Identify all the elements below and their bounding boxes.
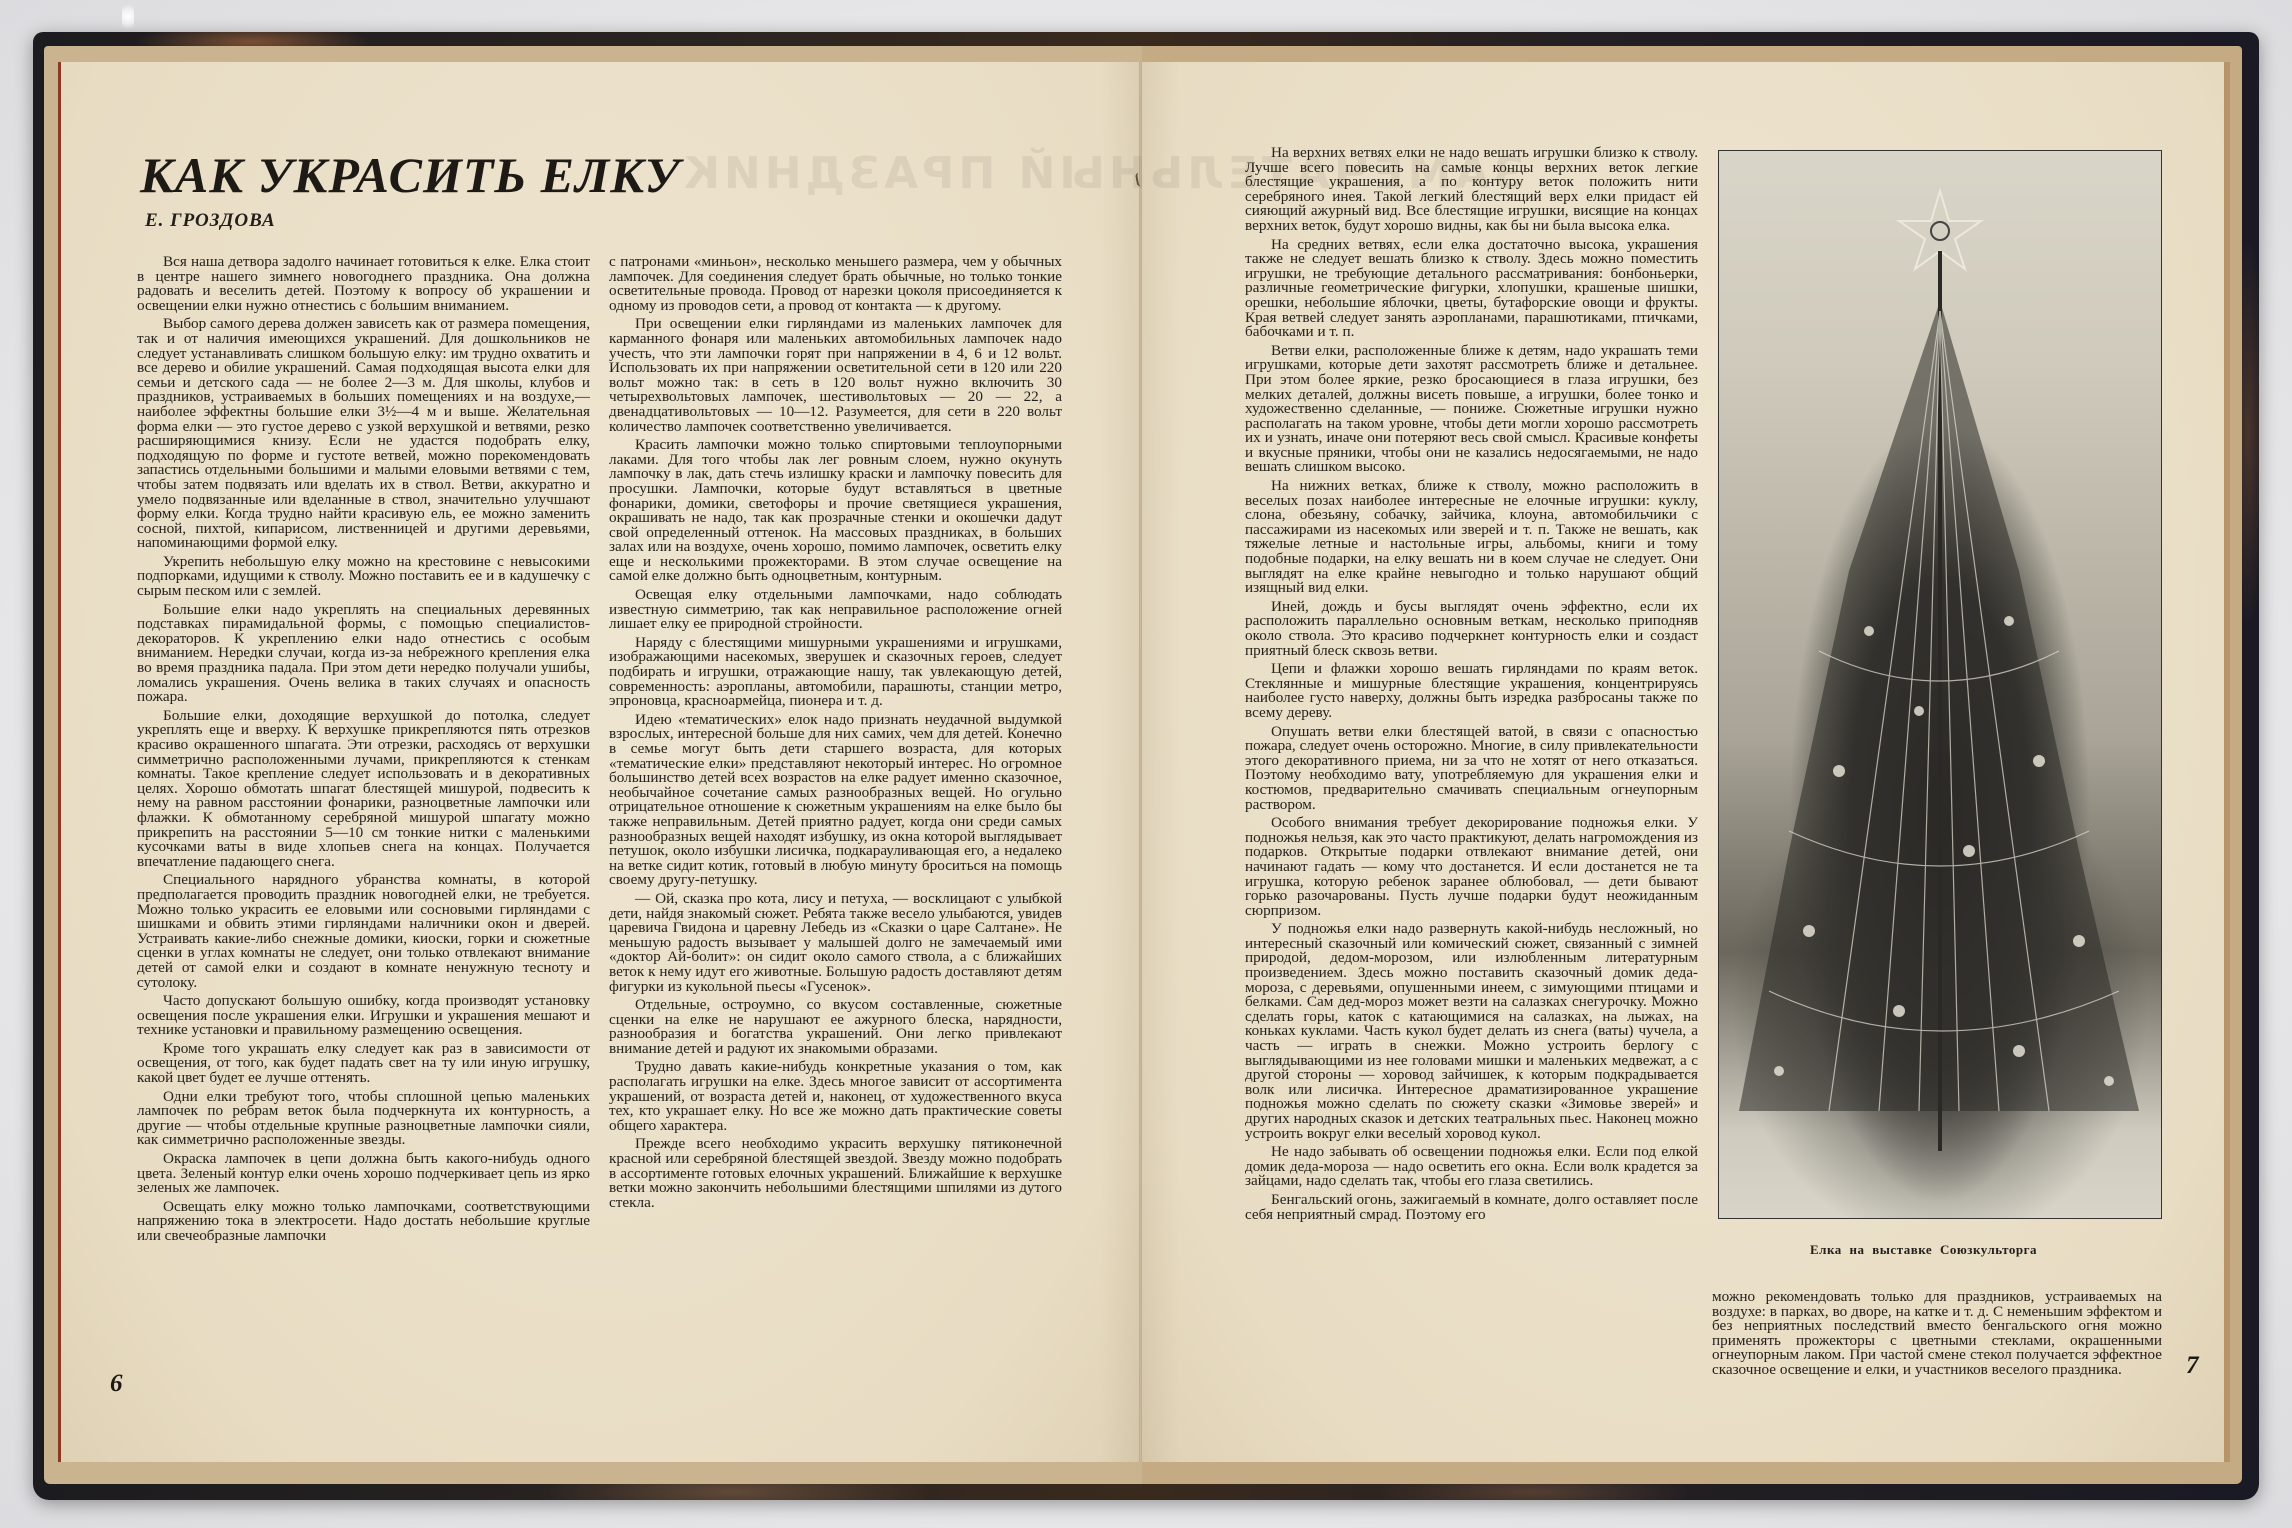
paragraph: Одни елки требуют того, чтобы сплошной ц…	[137, 1090, 590, 1148]
paragraph: — Ой, сказка про кота, лису и петуха, — …	[609, 892, 1062, 994]
paragraph: Бенгальский огонь, зажигаемый в комнате,…	[1245, 1193, 1698, 1222]
text-column-3: На верхних ветвях елки не надо вешать иг…	[1245, 146, 1698, 1356]
paragraph: Опушать ветви елки блестящей ватой, в св…	[1245, 725, 1698, 813]
paragraph: Освещать елку можно только лампочками, с…	[137, 1200, 590, 1244]
paragraph: На средних ветвях, если елка достаточно …	[1245, 238, 1698, 340]
paragraph: Трудно давать какие-нибудь конкретные ук…	[609, 1060, 1062, 1133]
book-gutter	[1139, 62, 1142, 1462]
paragraph: У подножья елки надо развернуть какой-ни…	[1245, 922, 1698, 1141]
paragraph: Окраска лампочек в цепи должна быть како…	[137, 1152, 590, 1196]
text-column-2: с патронами «миньон», несколько меньшего…	[609, 255, 1062, 1400]
paragraph: Особого внимания требует декорирование п…	[1245, 816, 1698, 918]
paragraph: Не надо забывать об освещении подножья е…	[1245, 1145, 1698, 1189]
paragraph: На верхних ветвях елки не надо вешать иг…	[1245, 146, 1698, 234]
text-column-1: Вся наша детвора задолго начинает готови…	[137, 255, 590, 1405]
paragraph: Часто допускают большую ошибку, когда пр…	[137, 994, 590, 1038]
paragraph: Прежде всего необходимо украсить верхушк…	[609, 1137, 1062, 1210]
paragraph: При освещении елки гирляндами из маленьк…	[609, 317, 1062, 434]
paragraph: Цепи и флажки хорошо вешать гирляндами п…	[1245, 662, 1698, 720]
paragraph: Укрепить небольшую елку можно на крестов…	[137, 555, 590, 599]
paragraph: Иней, дождь и бусы выглядят очень эффект…	[1245, 600, 1698, 658]
paragraph: Вся наша детвора задолго начинает готови…	[137, 255, 590, 313]
text-column-4: можно рекомендовать только для празднико…	[1712, 1290, 2162, 1420]
paragraph: Красить лампочки можно только спиртовыми…	[609, 438, 1062, 584]
paragraph: Освещая елку отдельными лампочками, надо…	[609, 588, 1062, 632]
paragraph: Большие елки, доходящие верхушкой до пот…	[137, 709, 590, 870]
tree-illustration-icon	[1719, 151, 2161, 1218]
paragraph: Ветви елки, расположенные ближе к детям,…	[1245, 344, 1698, 475]
paragraph: Специального нарядного убранства комнаты…	[137, 873, 590, 990]
paragraph: Выбор самого дерева должен зависеть как …	[137, 317, 590, 551]
page-number-right: 7	[2186, 1352, 2199, 1380]
christmas-tree-photo	[1718, 150, 2162, 1219]
paragraph: На нижних ветках, ближе к стволу, можно …	[1245, 479, 1698, 596]
paragraph: Идею «тематических» елок надо признать н…	[609, 713, 1062, 888]
article-author: Е. ГРОЗДОВА	[145, 210, 276, 232]
paragraph: с патронами «миньон», несколько меньшего…	[609, 255, 1062, 313]
article-title: КАК УКРАСИТЬ ЕЛКУ	[140, 146, 680, 204]
photo-caption: Елка на выставке Союзкульторга	[1810, 1242, 2037, 1258]
paragraph: Кроме того украшать елку следует как раз…	[137, 1042, 590, 1086]
paragraph: Большие елки надо укреплять на специальн…	[137, 603, 590, 705]
page-number-left: 6	[110, 1370, 123, 1398]
paragraph: Отдельные, остроумно, со вкусом составле…	[609, 998, 1062, 1056]
paragraph: можно рекомендовать только для празднико…	[1712, 1290, 2162, 1378]
paragraph: Наряду с блестящими мишурными украшениям…	[609, 636, 1062, 709]
background-sparkle	[122, 0, 134, 34]
